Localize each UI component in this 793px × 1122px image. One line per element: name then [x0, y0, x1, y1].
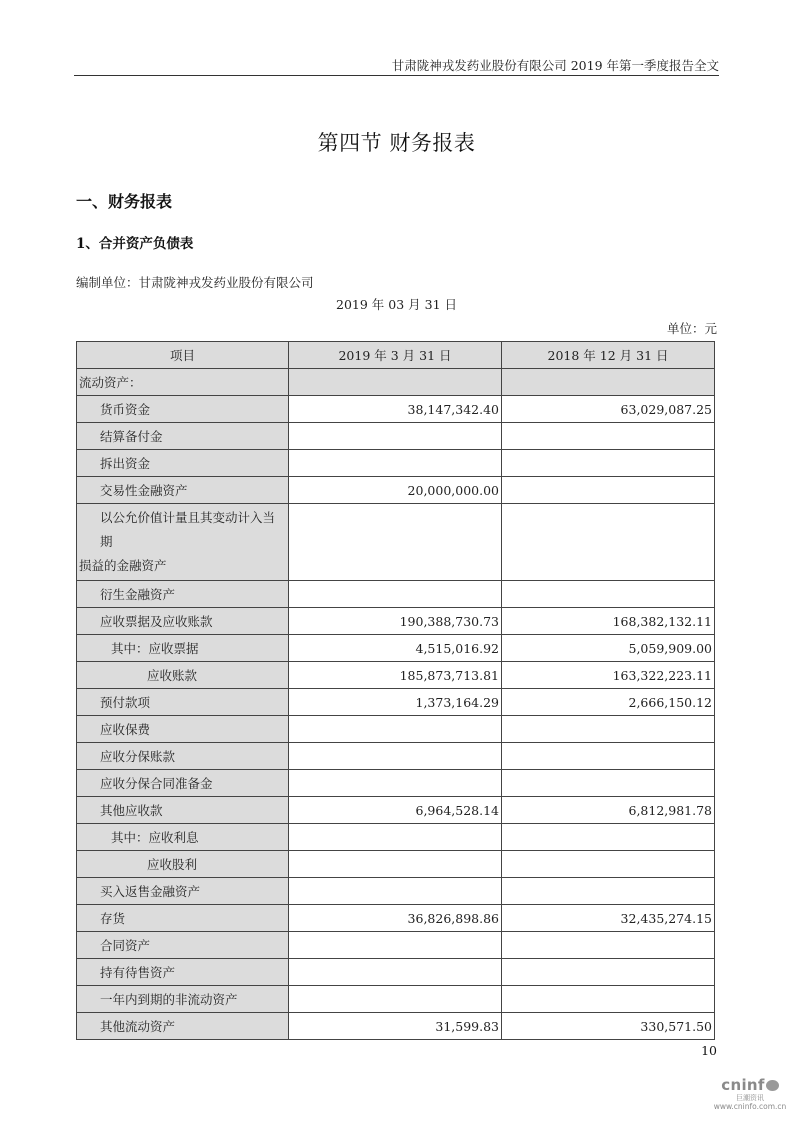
value-current: 31,599.83	[289, 1013, 502, 1040]
value-current	[289, 369, 502, 396]
value-current	[289, 581, 502, 608]
value-current	[289, 932, 502, 959]
table-row: 结算备付金	[77, 423, 715, 450]
table-row: 货币资金 38,147,342.40 63,029,087.25	[77, 396, 715, 423]
table-row: 应收分保合同准备金	[77, 770, 715, 797]
row-label: 一年内到期的非流动资产	[77, 986, 289, 1013]
value-current	[289, 878, 502, 905]
value-prior: 5,059,909.00	[502, 635, 715, 662]
table-row: 其中：应收票据 4,515,016.92 5,059,909.00	[77, 635, 715, 662]
row-label: 以公允价值计量且其变动计入当期 损益的金融资产	[77, 504, 289, 581]
row-label: 其中：应收票据	[77, 635, 289, 662]
row-label-line-2: 损益的金融资产	[79, 554, 286, 578]
value-prior: 2,666,150.12	[502, 689, 715, 716]
table-row: 流动资产：	[77, 369, 715, 396]
table-row: 其他应收款 6,964,528.14 6,812,981.78	[77, 797, 715, 824]
value-prior: 168,382,132.11	[502, 608, 715, 635]
value-current: 185,873,713.81	[289, 662, 502, 689]
value-current: 38,147,342.40	[289, 396, 502, 423]
value-current	[289, 824, 502, 851]
table-row: 合同资产	[77, 932, 715, 959]
table-row: 衍生金融资产	[77, 581, 715, 608]
table-row: 其他流动资产 31,599.83 330,571.50	[77, 1013, 715, 1040]
value-prior: 6,812,981.78	[502, 797, 715, 824]
row-label: 其中：应收利息	[77, 824, 289, 851]
table-row: 交易性金融资产 20,000,000.00	[77, 477, 715, 504]
row-label: 其他流动资产	[77, 1013, 289, 1040]
row-label: 预付款项	[77, 689, 289, 716]
value-prior	[502, 716, 715, 743]
table-row: 持有待售资产	[77, 959, 715, 986]
row-label: 流动资产：	[77, 369, 289, 396]
value-prior	[502, 477, 715, 504]
value-current: 1,373,164.29	[289, 689, 502, 716]
report-date: 2019 年 03 月 31 日	[0, 295, 793, 313]
table-row: 以公允价值计量且其变动计入当期 损益的金融资产	[77, 504, 715, 581]
column-header-item: 项目	[77, 342, 289, 369]
value-current	[289, 450, 502, 477]
value-prior	[502, 851, 715, 878]
row-label: 应收股利	[77, 851, 289, 878]
page-header: 甘肃陇神戎发药业股份有限公司 2019 年第一季度报告全文	[392, 56, 719, 74]
table-row: 应收股利	[77, 851, 715, 878]
value-current	[289, 423, 502, 450]
value-prior	[502, 932, 715, 959]
value-prior	[502, 878, 715, 905]
table-row: 一年内到期的非流动资产	[77, 986, 715, 1013]
currency-unit: 单位：元	[667, 319, 717, 337]
row-label: 应收账款	[77, 662, 289, 689]
value-prior	[502, 450, 715, 477]
value-prior	[502, 986, 715, 1013]
row-label: 买入返售金融资产	[77, 878, 289, 905]
table-row: 预付款项 1,373,164.29 2,666,150.12	[77, 689, 715, 716]
value-prior	[502, 369, 715, 396]
table-row: 拆出资金	[77, 450, 715, 477]
row-label: 应收分保合同准备金	[77, 770, 289, 797]
table-row: 买入返售金融资产	[77, 878, 715, 905]
value-prior	[502, 504, 715, 581]
value-current: 20,000,000.00	[289, 477, 502, 504]
table-row: 其中：应收利息	[77, 824, 715, 851]
value-prior: 63,029,087.25	[502, 396, 715, 423]
brand-cn: 巨潮资讯	[711, 1094, 789, 1102]
table-row: 应收票据及应收账款 190,388,730.73 168,382,132.11	[77, 608, 715, 635]
row-label: 存货	[77, 905, 289, 932]
table-header-row: 项目 2019 年 3 月 31 日 2018 年 12 月 31 日	[77, 342, 715, 369]
value-current: 36,826,898.86	[289, 905, 502, 932]
row-label: 交易性金融资产	[77, 477, 289, 504]
value-current	[289, 851, 502, 878]
balance-sheet-table: 项目 2019 年 3 月 31 日 2018 年 12 月 31 日 流动资产…	[76, 341, 715, 1040]
value-current: 6,964,528.14	[289, 797, 502, 824]
row-label: 衍生金融资产	[77, 581, 289, 608]
row-label: 拆出资金	[77, 450, 289, 477]
row-label-line-1: 以公允价值计量且其变动计入当期	[79, 506, 286, 554]
cninfo-swirl-icon	[766, 1080, 779, 1091]
cninfo-logo: cninf	[711, 1076, 789, 1094]
row-label: 应收分保账款	[77, 743, 289, 770]
section-title: 第四节 财务报表	[0, 127, 793, 157]
value-current: 4,515,016.92	[289, 635, 502, 662]
value-prior	[502, 423, 715, 450]
table-row: 应收保费	[77, 716, 715, 743]
heading-financial-statements: 一、财务报表	[76, 189, 172, 212]
value-current	[289, 770, 502, 797]
value-prior: 32,435,274.15	[502, 905, 715, 932]
value-prior	[502, 959, 715, 986]
heading-balance-sheet: 1、合并资产负债表	[76, 232, 193, 252]
table-row: 存货 36,826,898.86 32,435,274.15	[77, 905, 715, 932]
value-prior	[502, 824, 715, 851]
prepared-by: 编制单位：甘肃陇神戎发药业股份有限公司	[76, 273, 314, 291]
page-number: 10	[701, 1043, 717, 1058]
value-prior: 163,322,223.11	[502, 662, 715, 689]
table-row: 应收账款 185,873,713.81 163,322,223.11	[77, 662, 715, 689]
brand-url: www.cninfo.com.cn	[711, 1102, 789, 1111]
row-label: 货币资金	[77, 396, 289, 423]
value-prior	[502, 743, 715, 770]
value-current	[289, 716, 502, 743]
value-current: 190,388,730.73	[289, 608, 502, 635]
brand-text: cninf	[721, 1076, 764, 1094]
column-header-prior: 2018 年 12 月 31 日	[502, 342, 715, 369]
value-prior	[502, 581, 715, 608]
value-current	[289, 743, 502, 770]
table-row: 应收分保账款	[77, 743, 715, 770]
cninfo-watermark: cninf 巨潮资讯 www.cninfo.com.cn	[711, 1076, 789, 1111]
row-label: 应收票据及应收账款	[77, 608, 289, 635]
column-header-current: 2019 年 3 月 31 日	[289, 342, 502, 369]
value-current	[289, 504, 502, 581]
value-current	[289, 986, 502, 1013]
header-rule	[74, 75, 719, 76]
value-prior: 330,571.50	[502, 1013, 715, 1040]
row-label: 应收保费	[77, 716, 289, 743]
value-prior	[502, 770, 715, 797]
value-current	[289, 959, 502, 986]
row-label: 持有待售资产	[77, 959, 289, 986]
row-label: 结算备付金	[77, 423, 289, 450]
row-label: 其他应收款	[77, 797, 289, 824]
row-label: 合同资产	[77, 932, 289, 959]
